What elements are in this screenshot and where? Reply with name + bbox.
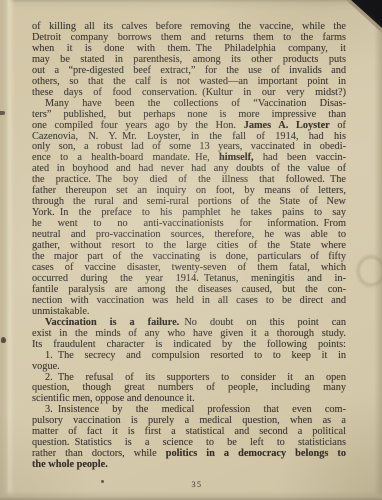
text-segment: nection with vaccination was held in all… <box>32 295 346 306</box>
text-segment: others, so that the calf is not wasted—a… <box>32 76 346 87</box>
text-segment: fantile paralysis are among the diseases… <box>32 284 346 295</box>
text-segment: 2. The refusal of its supporters to cons… <box>45 372 346 383</box>
text-line: the whole people. <box>32 460 346 471</box>
text-segment: occurred during the year 1914. Tetanus, … <box>32 273 346 284</box>
ink-speck <box>101 480 104 483</box>
text-segment: No doubt on this point can <box>179 317 346 328</box>
text-segment: these days of food conservation. (Kultur… <box>32 87 346 98</box>
page-edge-bottom <box>0 491 382 500</box>
text-segment: York. In the preface to his pamphlet he … <box>32 207 346 218</box>
page-text: of killing all its calves before removin… <box>32 22 346 471</box>
text-segment: Its fraudulent character is indicated by… <box>32 339 346 350</box>
text-segment: only son, a robust lad of some 13 years,… <box>32 141 346 152</box>
text-segment: one compiled four years ago by the Hon. <box>32 120 244 131</box>
bold-text-segment: the whole people. <box>32 459 108 470</box>
text-segment: had been vaccin- <box>254 152 346 163</box>
text-segment: ters” published, but perhaps none is mor… <box>32 109 346 120</box>
text-segment: Many have been the collections of “Vacci… <box>45 98 346 109</box>
text-segment: of <box>330 120 346 131</box>
bold-text-segment: himself, <box>219 152 254 163</box>
text-segment: rather than doctors, while <box>32 448 166 459</box>
text-segment: neutral and pro-vaccination sources, the… <box>32 229 346 240</box>
text-segment: of killing all its calves before removin… <box>32 21 346 32</box>
paper-stain <box>352 250 382 292</box>
page-number: 35 <box>40 480 354 489</box>
text-segment: question. Statistics is a science to be … <box>32 437 346 448</box>
page-edge-left <box>0 0 15 500</box>
text-segment: question, though great numbers of people… <box>32 382 346 393</box>
text-segment: 3. Insistence by the medical profession … <box>45 404 346 415</box>
text-segment: scientific men, oppose and denounce it. <box>32 393 195 404</box>
scanned-book-page: of killing all its calves before removin… <box>0 0 382 500</box>
text-segment: matter of fact it is first a statistical… <box>32 426 346 437</box>
text-segment: when it is done with them. The Philadelp… <box>32 43 346 54</box>
text-segment: Cazenovia, N. Y. Mr. Loyster, in the fal… <box>32 131 346 142</box>
text-segment: ence to a health-board mandate. He, <box>32 152 219 163</box>
bold-text-segment: Vaccination is a failure. <box>45 317 179 328</box>
bold-text-segment: politics in a democracy belongs to <box>166 448 346 459</box>
text-segment: unmistakable. <box>32 306 89 317</box>
text-segment: vogue. <box>32 361 60 372</box>
text-segment: exist in the minds of any who have given… <box>32 328 346 339</box>
text-segment: out a “pre-digested beef extract,” for t… <box>32 65 346 76</box>
text-segment: the major part of the vaccinating is don… <box>32 251 346 262</box>
text-segment: through the rural and semi-rural portion… <box>32 196 346 207</box>
text-segment: cases of vaccine disaster, twenty-seven … <box>32 262 346 273</box>
ink-speck <box>0 111 5 115</box>
page-edge-top <box>0 0 382 10</box>
text-segment: 1. The secrecy and compulsion resorted t… <box>45 350 346 361</box>
text-segment: he went to no anti-vaccinationists for i… <box>32 218 346 229</box>
bold-text-segment: James A. Loyster <box>244 120 330 131</box>
text-segment: gather, without resort to the large citi… <box>32 240 346 251</box>
ink-speck <box>1 337 6 343</box>
text-segment: pulsory vaccination is purely a medical … <box>32 415 346 426</box>
text-segment: Detroit company borrows them and returns… <box>32 32 346 43</box>
text-segment: may be stated in parenthesis, among its … <box>32 54 346 65</box>
text-line: 1. The secrecy and compulsion resorted t… <box>32 351 346 362</box>
text-segment: the practice. The boy died of the illnes… <box>32 174 346 185</box>
text-segment: ated in boyhood and had never had any do… <box>32 163 346 174</box>
text-segment: father thereupon set an inquiry on foot,… <box>32 185 346 196</box>
